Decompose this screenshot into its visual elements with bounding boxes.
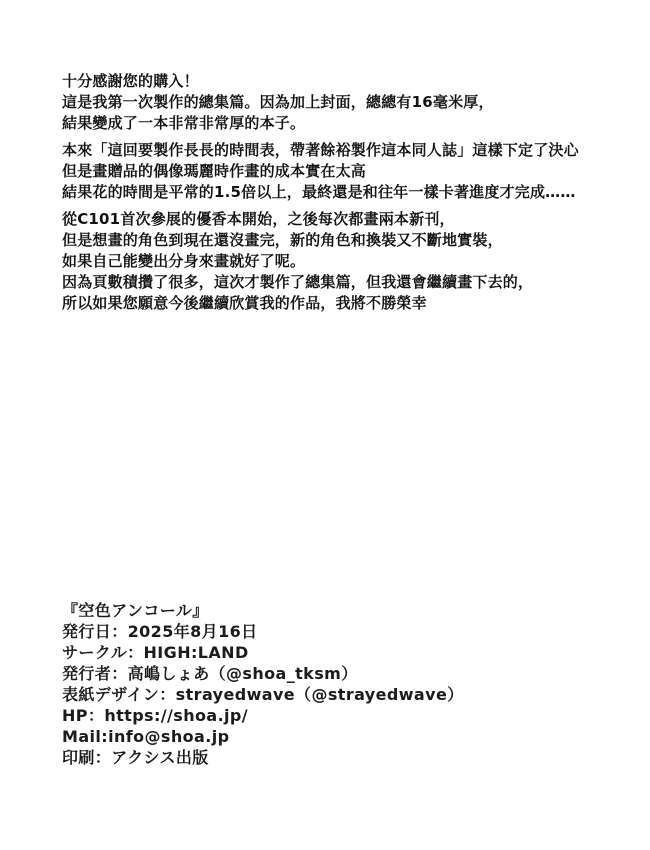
afterword-paragraph: 從C101首次參展的優香本開始，之後每次都畫兩本新刊， 但是想畫的角色到現在還沒… (62, 209, 607, 314)
colophon-publication-date: 発行日：2025年8月16日 (62, 621, 562, 642)
colophon-circle: サークル：HIGH:LAND (62, 642, 562, 663)
text-line: 但是想畫的角色到現在還沒畫完，新的角色和換裝又不斷地實裝， (62, 230, 607, 251)
text-line: 結果變成了一本非常非常厚的本子。 (62, 113, 607, 134)
text-line: 但是畫贈品的偶像瑪麗時作畫的成本實在太高 (62, 161, 607, 182)
afterword-paragraph: 十分感謝您的購入！ 這是我第一次製作的總集篇。因為加上封面，總總有16毫米厚， … (62, 71, 607, 134)
colophon-mail-address: Mail:info@shoa.jp (62, 726, 562, 747)
text-line: 結果花的時間是平常的1.5倍以上，最終還是和往年一樣卡著進度才完成…… (62, 182, 607, 203)
text-line: 如果自己能變出分身來畫就好了呢。 (62, 251, 607, 272)
text-line: 十分感謝您的購入！ (62, 71, 607, 92)
text-line: 所以如果您願意今後繼續欣賞我的作品，我將不勝榮幸 (62, 293, 607, 314)
afterword-paragraph: 本來「這回要製作長長的時間表，帶著餘裕製作這本同人誌」這樣下定了決心 但是畫贈品… (62, 140, 607, 203)
colophon-cover-design: 表紙デザイン：strayedwave（@strayedwave） (62, 684, 562, 705)
colophon-printer: 印刷：アクシス出版 (62, 747, 562, 768)
colophon-homepage-url: HP：https://shoa.jp/ (62, 705, 562, 726)
colophon-publisher: 発行者：高嶋しょあ（@shoa_tksm） (62, 663, 562, 684)
text-line: 因為頁數積攢了很多，這次才製作了總集篇，但我還會繼續畫下去的， (62, 272, 607, 293)
colophon-block: 『空色アンコール』 発行日：2025年8月16日 サークル：HIGH:LAND … (62, 600, 562, 768)
text-line: 本來「這回要製作長長的時間表，帶著餘裕製作這本同人誌」這樣下定了決心 (62, 140, 607, 161)
afterword-page: 十分感謝您的購入！ 這是我第一次製作的總集篇。因為加上封面，總總有16毫米厚， … (0, 0, 650, 850)
book-title: 『空色アンコール』 (62, 600, 562, 621)
text-line: 這是我第一次製作的總集篇。因為加上封面，總總有16毫米厚， (62, 92, 607, 113)
afterword-text-block: 十分感謝您的購入！ 這是我第一次製作的總集篇。因為加上封面，總總有16毫米厚， … (62, 71, 607, 320)
text-line: 從C101首次參展的優香本開始，之後每次都畫兩本新刊， (62, 209, 607, 230)
